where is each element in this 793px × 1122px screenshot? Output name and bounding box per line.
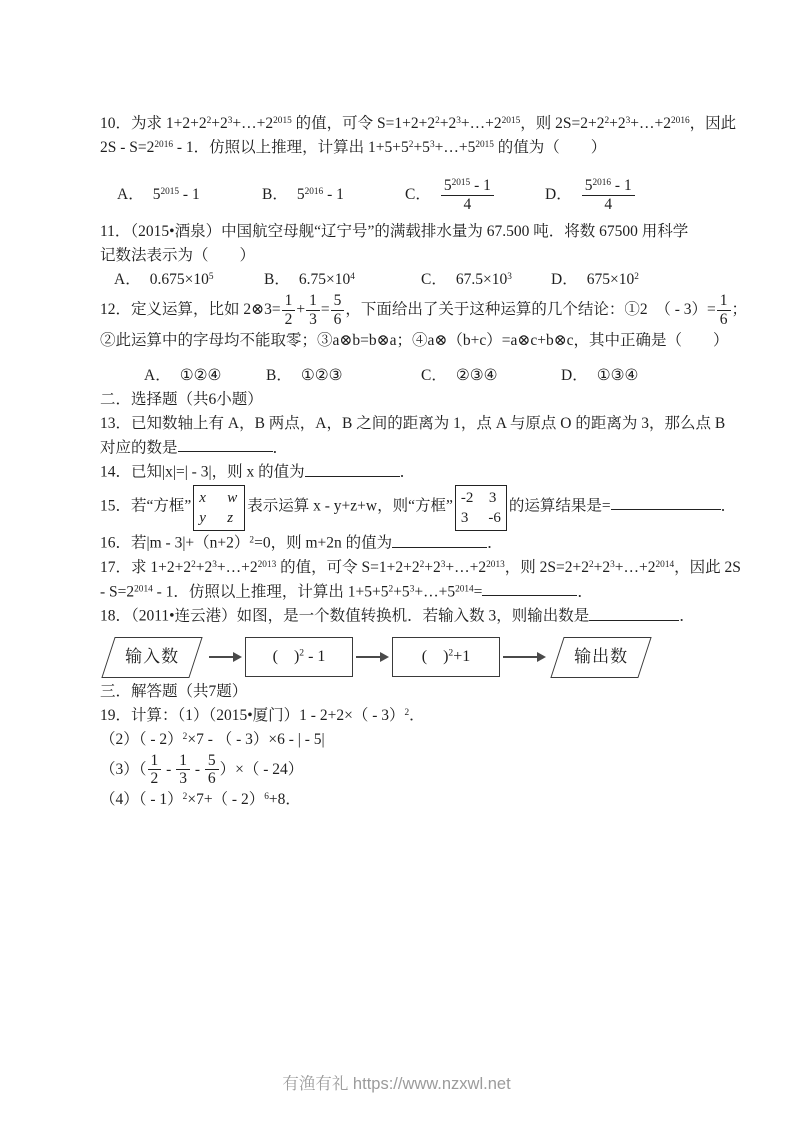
- fraction: 13: [176, 752, 190, 789]
- flowchart-step1-node: ( )2 - 1: [245, 637, 353, 677]
- text: +…+2: [461, 115, 502, 132]
- superscript: 2013: [486, 560, 505, 570]
- option-content: 52015 - 14: [440, 177, 495, 214]
- answer-blank: [178, 436, 273, 453]
- q11-option-c: C．67.5×103: [421, 268, 551, 292]
- text: ．: [409, 707, 425, 724]
- option-label: B．: [264, 268, 290, 292]
- text: 19．计算：（1）（2015•厦门）1 - 2+2×（ - 3）: [100, 707, 404, 724]
- superscript: 2015: [160, 187, 179, 197]
- question-17-line-2: - S=22014 - 1．仿照以上推理，计算出 1+5+52+53+…+520…: [100, 580, 700, 605]
- option-content: ①②④: [180, 364, 222, 388]
- option-content: 52016 - 1: [297, 183, 344, 207]
- text: =: [474, 583, 483, 600]
- fraction: 56: [331, 292, 345, 329]
- question-14-line: 14．已知|x|=| - 3|，则 x 的值为．: [100, 460, 700, 485]
- q11-option-d: D．675×102: [551, 268, 700, 292]
- text: 6.75×10: [299, 271, 350, 288]
- superscript: 2: [634, 272, 639, 282]
- text: 的值，可令 S=1+2+2: [276, 559, 419, 576]
- text: 3: [309, 311, 317, 328]
- question-19-part-3: （3）（12 - 13 - 56）×（ - 24）: [100, 752, 700, 789]
- matrix-box: xwyz: [193, 485, 245, 532]
- number-converter-flowchart: 输入数 ( )2 - 1 ( )2+1 输出数: [100, 637, 700, 678]
- text: 记数法表示为（ ）: [100, 247, 255, 264]
- question-12-options: A．①②④ B．①②③ C．②③④ D．①③④: [100, 364, 700, 388]
- text: 1: [151, 752, 159, 769]
- superscript: 2014: [455, 584, 474, 594]
- question-10-options: A．52015 - 1 B．52016 - 1 C．52015 - 14 D．5…: [100, 170, 700, 220]
- fraction: 12: [148, 752, 162, 789]
- option-label: C．: [421, 268, 447, 292]
- q12-option-d: D．①③④: [561, 364, 700, 388]
- question-19-part-4: （4）（ - 1）2×7+（ - 2）6+8．: [100, 788, 700, 812]
- text: - 1: [470, 177, 491, 194]
- text: 1: [720, 292, 728, 309]
- option-label: A．: [117, 183, 144, 207]
- text: 67.5×10: [456, 271, 507, 288]
- fraction: 52015 - 14: [441, 177, 494, 214]
- question-16-line: 16．若|m - 3|+（n+2）2=0，则 m+2n 的值为．: [100, 531, 700, 556]
- text: ．: [400, 464, 416, 481]
- superscript: 2013: [258, 560, 277, 570]
- option-label: B．: [262, 183, 288, 207]
- text: =: [321, 301, 330, 318]
- option-label: D．: [551, 268, 578, 292]
- superscript: 2016: [592, 178, 611, 188]
- text: ( ): [273, 648, 300, 665]
- text: 的值，可令 S=1+2+2: [292, 115, 435, 132]
- text: 12．定义运算，比如 2⊗3=: [100, 301, 281, 318]
- flowchart-step2-node: ( )2+1: [392, 637, 500, 677]
- section-heading-2: 二．选择题（共6小题）: [100, 388, 700, 412]
- q12-option-b: B．①②③: [266, 364, 421, 388]
- text: - 1．仿照以上推理，计算出 1+5+5: [153, 583, 389, 600]
- text: +…+5: [435, 139, 476, 156]
- answer-blank: [482, 580, 577, 597]
- text: 0.675×10: [150, 271, 209, 288]
- text: +2: [440, 115, 457, 132]
- superscript: 2016: [305, 187, 324, 197]
- text: - 1: [323, 186, 344, 203]
- text: ( ): [422, 648, 449, 665]
- answer-blank: [392, 531, 487, 548]
- question-11-line-1: 11．（2015•酒泉）中国航空母舰“辽宁号”的满载排水量为 67.500 吨．…: [100, 220, 700, 244]
- text: +8．: [269, 791, 301, 808]
- answer-blank: [589, 604, 679, 621]
- option-label: B．: [266, 364, 292, 388]
- question-17-line-1: 17．求 1+2+22+23+…+22013 的值，可令 S=1+2+22+23…: [100, 556, 700, 580]
- text: ．: [577, 583, 593, 600]
- text: （2）（ - 2）: [100, 731, 183, 748]
- text: 4: [463, 196, 471, 213]
- superscript: 2015: [475, 140, 494, 150]
- superscript: 2015: [452, 178, 471, 188]
- text: 2: [285, 311, 293, 328]
- option-content: ①②③: [301, 364, 343, 388]
- text: 15．若“方框”: [100, 497, 191, 514]
- text: （3）（: [100, 761, 147, 778]
- text: ；: [732, 301, 748, 318]
- watermark-footer: 有渔有礼 https://www.nzxwl.net: [0, 1070, 793, 1094]
- text: +…+2: [217, 559, 258, 576]
- text: -: [191, 761, 204, 778]
- text: +5: [413, 139, 430, 156]
- text: +5: [393, 583, 410, 600]
- flowchart-output-node: 输出数: [550, 637, 651, 678]
- question-10-line-2: 2S - S=22016 - 1．仿照以上推理，计算出 1+5+52+53+…+…: [100, 136, 700, 160]
- question-18-line: 18．（2011•连云港）如图，是一个数值转换机．若输入数 3，则输出数是．: [100, 604, 700, 629]
- text: 675×10: [587, 271, 635, 288]
- text: 6: [334, 311, 342, 328]
- text: 对应的数是: [100, 439, 178, 456]
- option-label: A．: [114, 268, 141, 292]
- text: +…+2: [232, 115, 273, 132]
- option-content: 67.5×103: [456, 268, 512, 292]
- text: ②③④: [456, 367, 498, 384]
- text: ②此运算中的字母均不能取零；③a⊗b=b⊗a；④a⊗（b+c）=a⊗c+b⊗c，…: [100, 332, 729, 349]
- q12-option-c: C．②③④: [421, 364, 561, 388]
- text: 5: [334, 292, 342, 309]
- question-13-line-2: 对应的数是．: [100, 436, 700, 461]
- text: 14．已知|x|=| - 3|，则 x 的值为: [100, 464, 305, 481]
- q10-option-c: C．52015 - 14: [405, 177, 545, 214]
- answer-blank: [305, 460, 400, 477]
- text: ．: [487, 535, 503, 552]
- matrix-box: -233-6: [455, 485, 507, 532]
- question-10-line-1: 10．为求 1+2+22+23+…+22015 的值，可令 S=1+2+22+2…: [100, 112, 700, 136]
- text: +2: [196, 559, 213, 576]
- text: +2: [424, 559, 441, 576]
- option-content: 52016 - 14: [581, 177, 636, 214]
- text: +…+5: [414, 583, 455, 600]
- fraction: 13: [306, 292, 320, 329]
- text: +…+2: [615, 559, 656, 576]
- option-label: C．: [405, 183, 431, 207]
- text: 表示运算 x - y+z+w，则“方框”: [247, 497, 453, 514]
- text: 17．求 1+2+2: [100, 559, 191, 576]
- text: - 1: [304, 648, 325, 665]
- question-12-line-1: 12．定义运算，比如 2⊗3=12+13=56，下面给出了关于这种运算的几个结论…: [100, 292, 700, 329]
- text: - S=2: [100, 583, 134, 600]
- text: - 1: [611, 177, 632, 194]
- text: 16．若|m - 3|+（n+2）: [100, 535, 249, 552]
- q10-option-b: B．52016 - 1: [262, 183, 405, 207]
- text: （4）（ - 1）: [100, 791, 183, 808]
- text: - 1: [179, 186, 200, 203]
- superscript: 2014: [656, 560, 675, 570]
- option-content: ①③④: [597, 364, 639, 388]
- text: 11．（2015•酒泉）中国航空母舰“辽宁号”的满载排水量为 67.500 吨．…: [100, 223, 688, 240]
- text: +: [296, 301, 305, 318]
- text: ．: [273, 439, 289, 456]
- text: 5: [297, 186, 305, 203]
- flowchart-output-label: 输出数: [574, 645, 628, 669]
- text: 1: [285, 292, 293, 309]
- text: - 1．仿照以上推理，计算出 1+5+5: [173, 139, 409, 156]
- text: 的运算结果是=: [509, 497, 611, 514]
- section-heading-3: 三．解答题（共7题）: [100, 680, 700, 704]
- text: ×7+（ - 2）: [187, 791, 264, 808]
- question-19-part-2: （2）（ - 2）2×7 - （ - 3）×6 - | - 5|: [100, 728, 700, 752]
- text: ．: [679, 608, 695, 625]
- superscript: 2016: [154, 140, 173, 150]
- answer-blank: [611, 493, 721, 510]
- question-11-line-2: 记数法表示为（ ）: [100, 244, 700, 268]
- fraction: 16: [717, 292, 731, 329]
- option-content: 52015 - 1: [153, 183, 200, 207]
- superscript: 2014: [134, 584, 153, 594]
- text: +2: [211, 115, 228, 132]
- arrow-right-icon: [356, 652, 389, 662]
- fraction: 56: [205, 752, 219, 789]
- text: 13．已知数轴上有 A，B 两点，A，B 之间的距离为 1，点 A 与原点 O …: [100, 415, 725, 432]
- text: 6: [720, 311, 728, 328]
- question-11-options: A．0.675×105 B．6.75×104 C．67.5×103 D．675×…: [100, 268, 700, 292]
- q11-option-a: A．0.675×105: [114, 268, 264, 292]
- superscript: 5: [209, 272, 214, 282]
- option-content: ②③④: [456, 364, 498, 388]
- text: ×7 - （ - 3）×6 - | - 5|: [187, 731, 324, 748]
- question-12-line-2: ②此运算中的字母均不能取零；③a⊗b=b⊗a；④a⊗（b+c）=a⊗c+b⊗c，…: [100, 329, 700, 353]
- worksheet-content: 10．为求 1+2+22+23+…+22015 的值，可令 S=1+2+22+2…: [100, 112, 700, 812]
- text: ①②③: [301, 367, 343, 384]
- text: 5: [444, 177, 452, 194]
- text: ，下面给出了关于这种运算的几个结论：①2 （ - 3）=: [345, 301, 715, 318]
- text: 10．为求 1+2+2: [100, 115, 207, 132]
- text: 18．（2011•连云港）如图，是一个数值转换机．若输入数 3，则输出数是: [100, 608, 589, 625]
- superscript: 4: [350, 272, 355, 282]
- text: =0，则 m+2n 的值为: [254, 535, 392, 552]
- superscript: 2015: [273, 116, 292, 126]
- q12-option-a: A．①②④: [144, 364, 266, 388]
- option-content: 675×102: [587, 268, 639, 292]
- question-15-line: 15．若“方框”xwyz表示运算 x - y+z+w，则“方框”-233-6的运…: [100, 485, 700, 532]
- text: 的值为（ ）: [494, 139, 606, 156]
- flowchart-input-node: 输入数: [101, 637, 202, 678]
- text: +…+2: [630, 115, 671, 132]
- superscript: 2016: [671, 116, 690, 126]
- text: +1: [453, 648, 470, 665]
- flowchart-input-label: 输入数: [125, 645, 179, 669]
- fraction: 12: [282, 292, 296, 329]
- text: -: [162, 761, 175, 778]
- text: ）×（ - 24）: [220, 761, 304, 778]
- superscript: 2015: [502, 116, 521, 126]
- text: ，则 2S=2+2: [520, 115, 604, 132]
- option-content: 6.75×104: [299, 268, 355, 292]
- q11-option-b: B．6.75×104: [264, 268, 421, 292]
- arrow-right-icon: [209, 652, 242, 662]
- text: +2: [609, 115, 626, 132]
- text: +…+2: [445, 559, 486, 576]
- text: ．: [721, 497, 737, 514]
- superscript: 3: [507, 272, 512, 282]
- text: ，因此 2S: [674, 559, 741, 576]
- option-label: D．: [561, 364, 588, 388]
- text: 5: [208, 752, 216, 769]
- question-13-line-1: 13．已知数轴上有 A，B 两点，A，B 之间的距离为 1，点 A 与原点 O …: [100, 412, 700, 436]
- text: ①②④: [180, 367, 222, 384]
- text: ，因此: [690, 115, 737, 132]
- scanned-math-worksheet: { "page": { "background": "#ffffff", "te…: [0, 0, 793, 1122]
- text: 3: [179, 770, 187, 787]
- text: 2: [151, 770, 159, 787]
- text: 4: [604, 196, 612, 213]
- question-19-part-1: 19．计算：（1）（2015•厦门）1 - 2+2×（ - 3）2．: [100, 704, 700, 728]
- option-label: A．: [144, 364, 171, 388]
- text: +2: [594, 559, 611, 576]
- text: 1: [179, 752, 187, 769]
- option-label: C．: [421, 364, 447, 388]
- option-content: 0.675×105: [150, 268, 214, 292]
- text: 6: [208, 770, 216, 787]
- q10-option-d: D．52016 - 14: [545, 177, 700, 214]
- text: ，则 2S=2+2: [505, 559, 589, 576]
- arrow-right-icon: [503, 652, 546, 662]
- fraction: 52016 - 14: [582, 177, 635, 214]
- option-label: D．: [545, 183, 572, 207]
- text: 1: [309, 292, 317, 309]
- q10-option-a: A．52015 - 1: [117, 183, 262, 207]
- text: 2S - S=2: [100, 139, 154, 156]
- text: ①③④: [597, 367, 639, 384]
